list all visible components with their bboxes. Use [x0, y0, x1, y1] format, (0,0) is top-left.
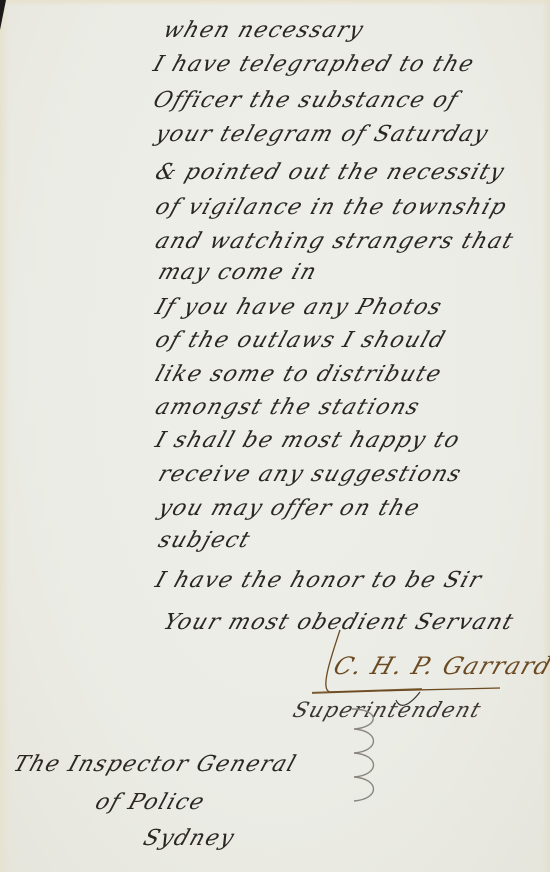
body-line: of vigilance in the township [152, 195, 511, 220]
body-line: receive any suggestions [155, 462, 465, 487]
body-line: of the outlaws I should [152, 328, 449, 353]
paper-edge-left [0, 0, 10, 872]
body-line: If you have any Photos [152, 295, 446, 320]
body-line: I have telegraphed to the [150, 52, 478, 77]
body-line: when necessary [160, 18, 367, 43]
body-line: amongst the stations [152, 395, 424, 420]
paper-edge-right [542, 0, 550, 872]
body-line: may come in [155, 260, 321, 285]
addressee-line: Sydney [140, 826, 238, 851]
body-line: I shall be most happy to [152, 428, 464, 453]
body-line: and watching strangers that [152, 229, 517, 254]
body-line: subject [155, 528, 254, 553]
closing-line: I have the honor to be Sir [152, 568, 486, 593]
letter-page: when necessary I have telegraphed to the… [0, 0, 550, 872]
body-line: you may offer on the [155, 496, 424, 521]
body-line: & pointed out the necessity [152, 160, 508, 185]
paper-edge-top [0, 0, 550, 6]
addressee-line: The Inspector General [10, 752, 300, 777]
scan-corner-shadow [0, 0, 6, 30]
body-line: like some to distribute [152, 362, 445, 387]
body-line: Officer the substance of [150, 88, 462, 113]
brace-flourish-icon [340, 705, 390, 805]
signature-flourish-icon [300, 620, 530, 710]
body-line: your telegram of Saturday [152, 122, 492, 147]
addressee-line: of Police [92, 790, 209, 815]
